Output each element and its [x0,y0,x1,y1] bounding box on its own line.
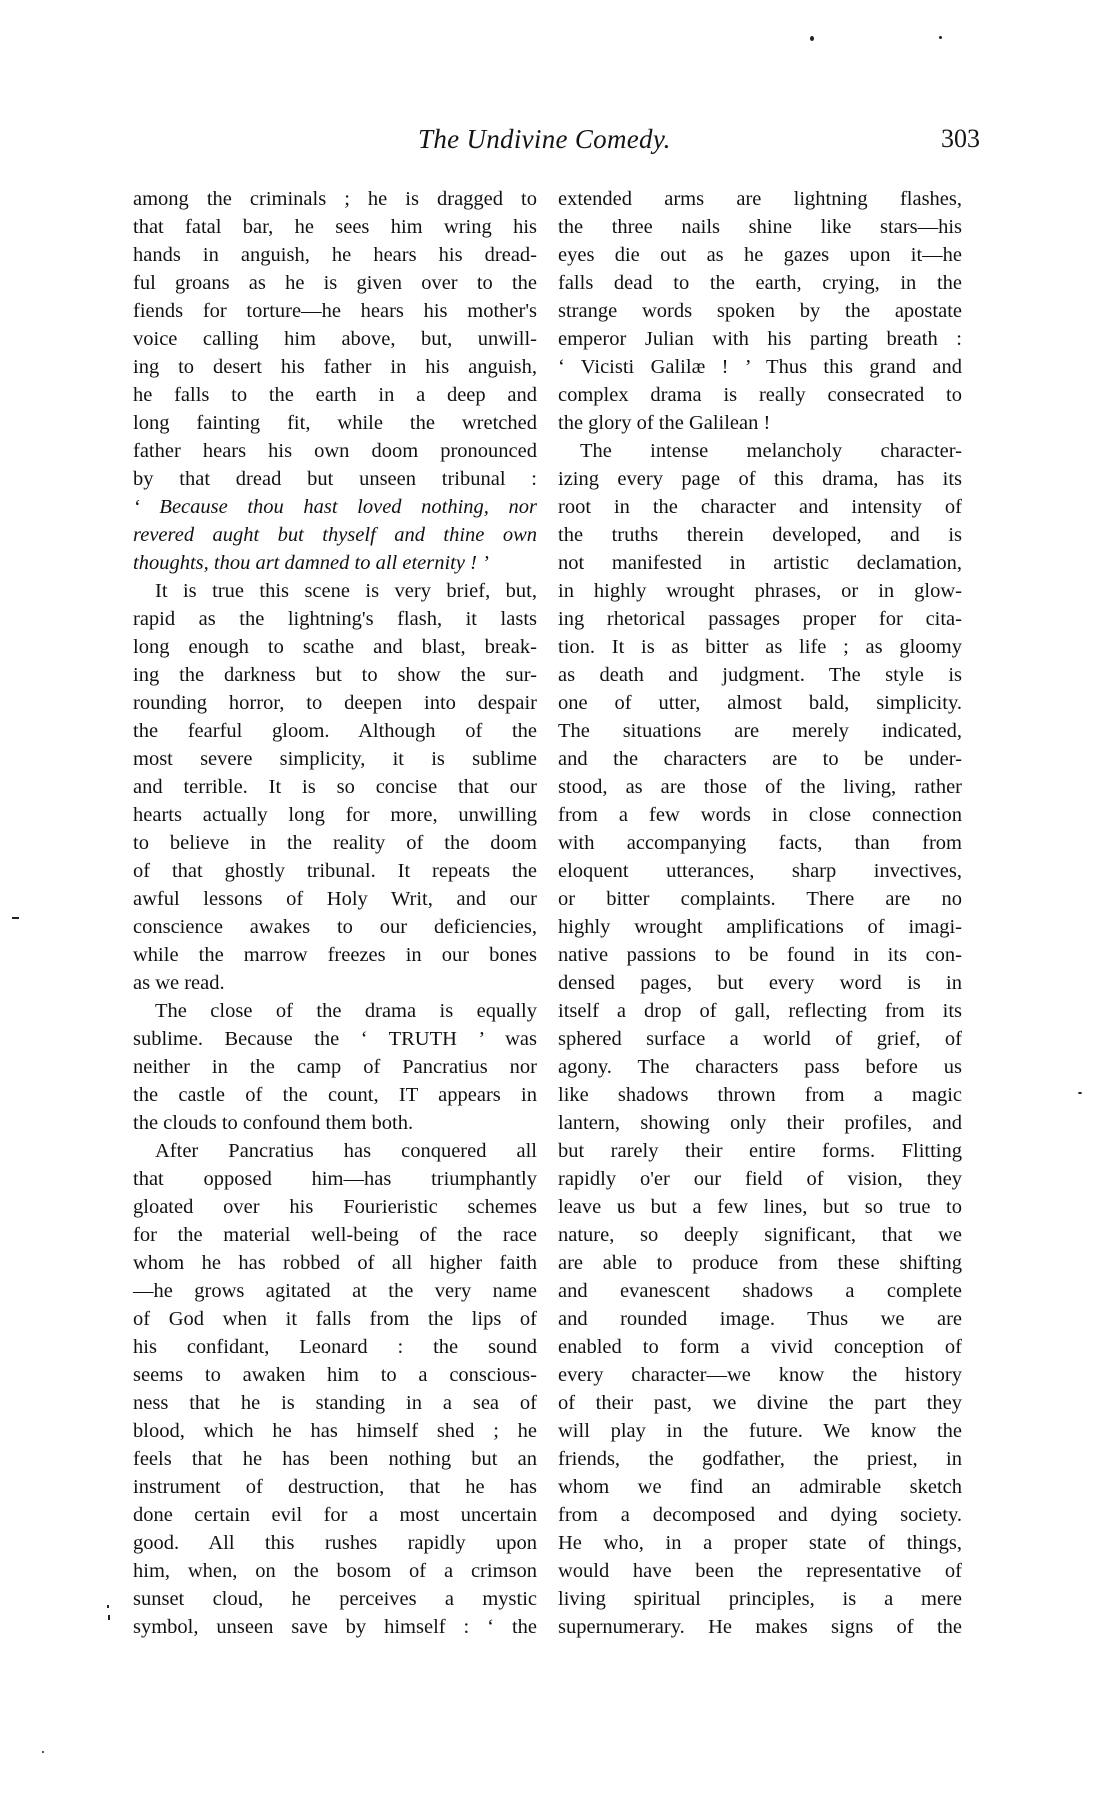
text-line: the glory of the Galilean ! [558,409,962,437]
text-line: enabled to form a vivid conception of [558,1333,962,1361]
text-line: whom we find an admirable sketch [558,1473,962,1501]
text-line: highly wrought amplifications of imagi- [558,913,962,941]
text-line: hands in anguish, he hears his dread- [133,241,537,269]
text-line: or bitter complaints. There are no [558,885,962,913]
text-line: of that ghostly tribunal. It repeats the [133,857,537,885]
text-line: the truths therein developed, and is [558,521,962,549]
text-line: father hears his own doom pronounced [133,437,537,465]
scan-speck [939,36,942,39]
text-line: tion. It is as bitter as life ; as gloom… [558,633,962,661]
text-line: stood, as are those of the living, rathe… [558,773,962,801]
text-line: one of utter, almost bald, simplicity. [558,689,962,717]
text-line: from a decomposed and dying society. [558,1501,962,1529]
text-line: friends, the godfather, the priest, in [558,1445,962,1473]
text-line: his confidant, Leonard : the sound [133,1333,537,1361]
text-line: from a few words in close connection [558,801,962,829]
text-line: sublime. Because the ‘ TRUTH ’ was [133,1025,537,1053]
text-line: the clouds to confound them both. [133,1109,537,1137]
text-line: strange words spoken by the apostate [558,297,962,325]
scan-speck [1078,1092,1082,1094]
text-line: sphered surface a world of grief, of [558,1025,962,1053]
text-line: the three nails shine like stars—his [558,213,962,241]
text-line: rounding horror, to deepen into despair [133,689,537,717]
text-line: itself a drop of gall, reflecting from i… [558,997,962,1025]
text-line: ing the darkness but to show the sur- [133,661,537,689]
text-line: blood, which he has himself shed ; he [133,1417,537,1445]
text-line: ful groans as he is given over to the [133,269,537,297]
text-line: in highly wrought phrases, or in glow- [558,577,962,605]
left-text-column: among the criminals ; he is dragged toth… [133,185,537,1641]
text-line: among the criminals ; he is dragged to [133,185,537,213]
text-line: voice calling him above, but, unwill- [133,325,537,353]
text-line: he falls to the earth in a deep and [133,381,537,409]
text-line: eloquent utterances, sharp invectives, [558,857,962,885]
text-line: most severe simplicity, it is sublime [133,745,537,773]
scan-speck [108,1615,110,1620]
text-line: densed pages, but every word is in [558,969,962,997]
text-line: to believe in the reality of the doom [133,829,537,857]
text-line: complex drama is really consecrated to [558,381,962,409]
text-line: leave us but a few lines, but so true to [558,1193,962,1221]
text-line: ing to desert his father in his anguish, [133,353,537,381]
text-line: done certain evil for a most uncertain [133,1501,537,1529]
text-line: are able to produce from these shifting [558,1249,962,1277]
scan-speck [107,1605,109,1608]
text-line: extended arms are lightning flashes, [558,185,962,213]
text-line: awful lessons of Holy Writ, and our [133,885,537,913]
text-line: and terrible. It is so concise that our [133,773,537,801]
text-line: for the material well-being of the race [133,1221,537,1249]
text-line: by that dread but unseen tribunal : [133,465,537,493]
text-line: that opposed him—has triumphantly [133,1165,537,1193]
text-line: revered aught but thyself and thine own [133,521,537,549]
text-line: seems to awaken him to a conscious- [133,1361,537,1389]
text-line: and rounded image. Thus we are [558,1305,962,1333]
text-line: After Pancratius has conquered all [133,1137,537,1165]
text-line: the castle of the count, IT appears in [133,1081,537,1109]
text-line: root in the character and intensity of [558,493,962,521]
text-line: like shadows thrown from a magic [558,1081,962,1109]
text-line: will play in the future. We know the [558,1417,962,1445]
text-line: and evanescent shadows a complete [558,1277,962,1305]
text-line: thoughts, thou art damned to all eternit… [133,549,537,577]
text-line: conscience awakes to our deficiencies, [133,913,537,941]
text-line: with accompanying facts, than from [558,829,962,857]
text-line: eyes die out as he gazes upon it—he [558,241,962,269]
text-line: supernumerary. He makes signs of the [558,1613,962,1641]
text-line: symbol, unseen save by himself : ‘ the [133,1613,537,1641]
text-line: would have been the representative of [558,1557,962,1585]
text-line: hearts actually long for more, unwilling [133,801,537,829]
text-line: of God when it falls from the lips of [133,1305,537,1333]
text-line: that fatal bar, he sees him wring his [133,213,537,241]
text-line: falls dead to the earth, crying, in the [558,269,962,297]
text-line: native passions to be found in its con- [558,941,962,969]
text-line: the fearful gloom. Although of the [133,717,537,745]
text-line: instrument of destruction, that he has [133,1473,537,1501]
right-text-column: extended arms are lightning flashes,the … [558,185,962,1641]
text-line: ‘ Vicisti Galilæ ! ’ Thus this grand and [558,353,962,381]
text-line: The close of the drama is equally [133,997,537,1025]
page-number: 303 [941,124,980,154]
text-line: ness that he is standing in a sea of [133,1389,537,1417]
text-line: The intense melancholy character- [558,437,962,465]
text-line: ‘ Because thou hast loved nothing, nor [133,493,537,521]
text-line: rapid as the lightning's flash, it lasts [133,605,537,633]
text-line: gloated over his Fourieristic schemes [133,1193,537,1221]
text-line: long enough to scathe and blast, break- [133,633,537,661]
running-title: The Undivine Comedy. [418,124,671,155]
text-line: izing every page of this drama, has its [558,465,962,493]
text-line: sunset cloud, he perceives a mystic [133,1585,537,1613]
text-line: rapidly o'er our field of vision, they [558,1165,962,1193]
text-line: ing rhetorical passages proper for cita- [558,605,962,633]
text-line: not manifested in artistic declamation, [558,549,962,577]
text-line: It is true this scene is very brief, but… [133,577,537,605]
text-line: He who, in a proper state of things, [558,1529,962,1557]
text-line: nature, so deeply significant, that we [558,1221,962,1249]
running-head: The Undivine Comedy. 303 [0,124,1120,160]
text-line: neither in the camp of Pancratius nor [133,1053,537,1081]
text-line: feels that he has been nothing but an [133,1445,537,1473]
scan-speck [810,36,814,41]
text-line: every character—we know the history [558,1361,962,1389]
text-line: and the characters are to be under- [558,745,962,773]
text-line: as death and judgment. The style is [558,661,962,689]
text-line: him, when, on the bosom of a crimson [133,1557,537,1585]
text-line: The situations are merely indicated, [558,717,962,745]
text-line: lantern, showing only their profiles, an… [558,1109,962,1137]
text-line: of their past, we divine the part they [558,1389,962,1417]
text-line: emperor Julian with his parting breath : [558,325,962,353]
text-line: agony. The characters pass before us [558,1053,962,1081]
text-line: living spiritual principles, is a mere [558,1585,962,1613]
text-line: fiends for torture—he hears his mother's [133,297,537,325]
text-line: long fainting fit, while the wretched [133,409,537,437]
text-line: whom he has robbed of all higher faith [133,1249,537,1277]
text-line: —he grows agitated at the very name [133,1277,537,1305]
scan-speck [42,1751,44,1753]
text-line: while the marrow freezes in our bones [133,941,537,969]
scan-speck [12,917,19,919]
text-line: as we read. [133,969,537,997]
text-line: but rarely their entire forms. Flitting [558,1137,962,1165]
text-line: good. All this rushes rapidly upon [133,1529,537,1557]
